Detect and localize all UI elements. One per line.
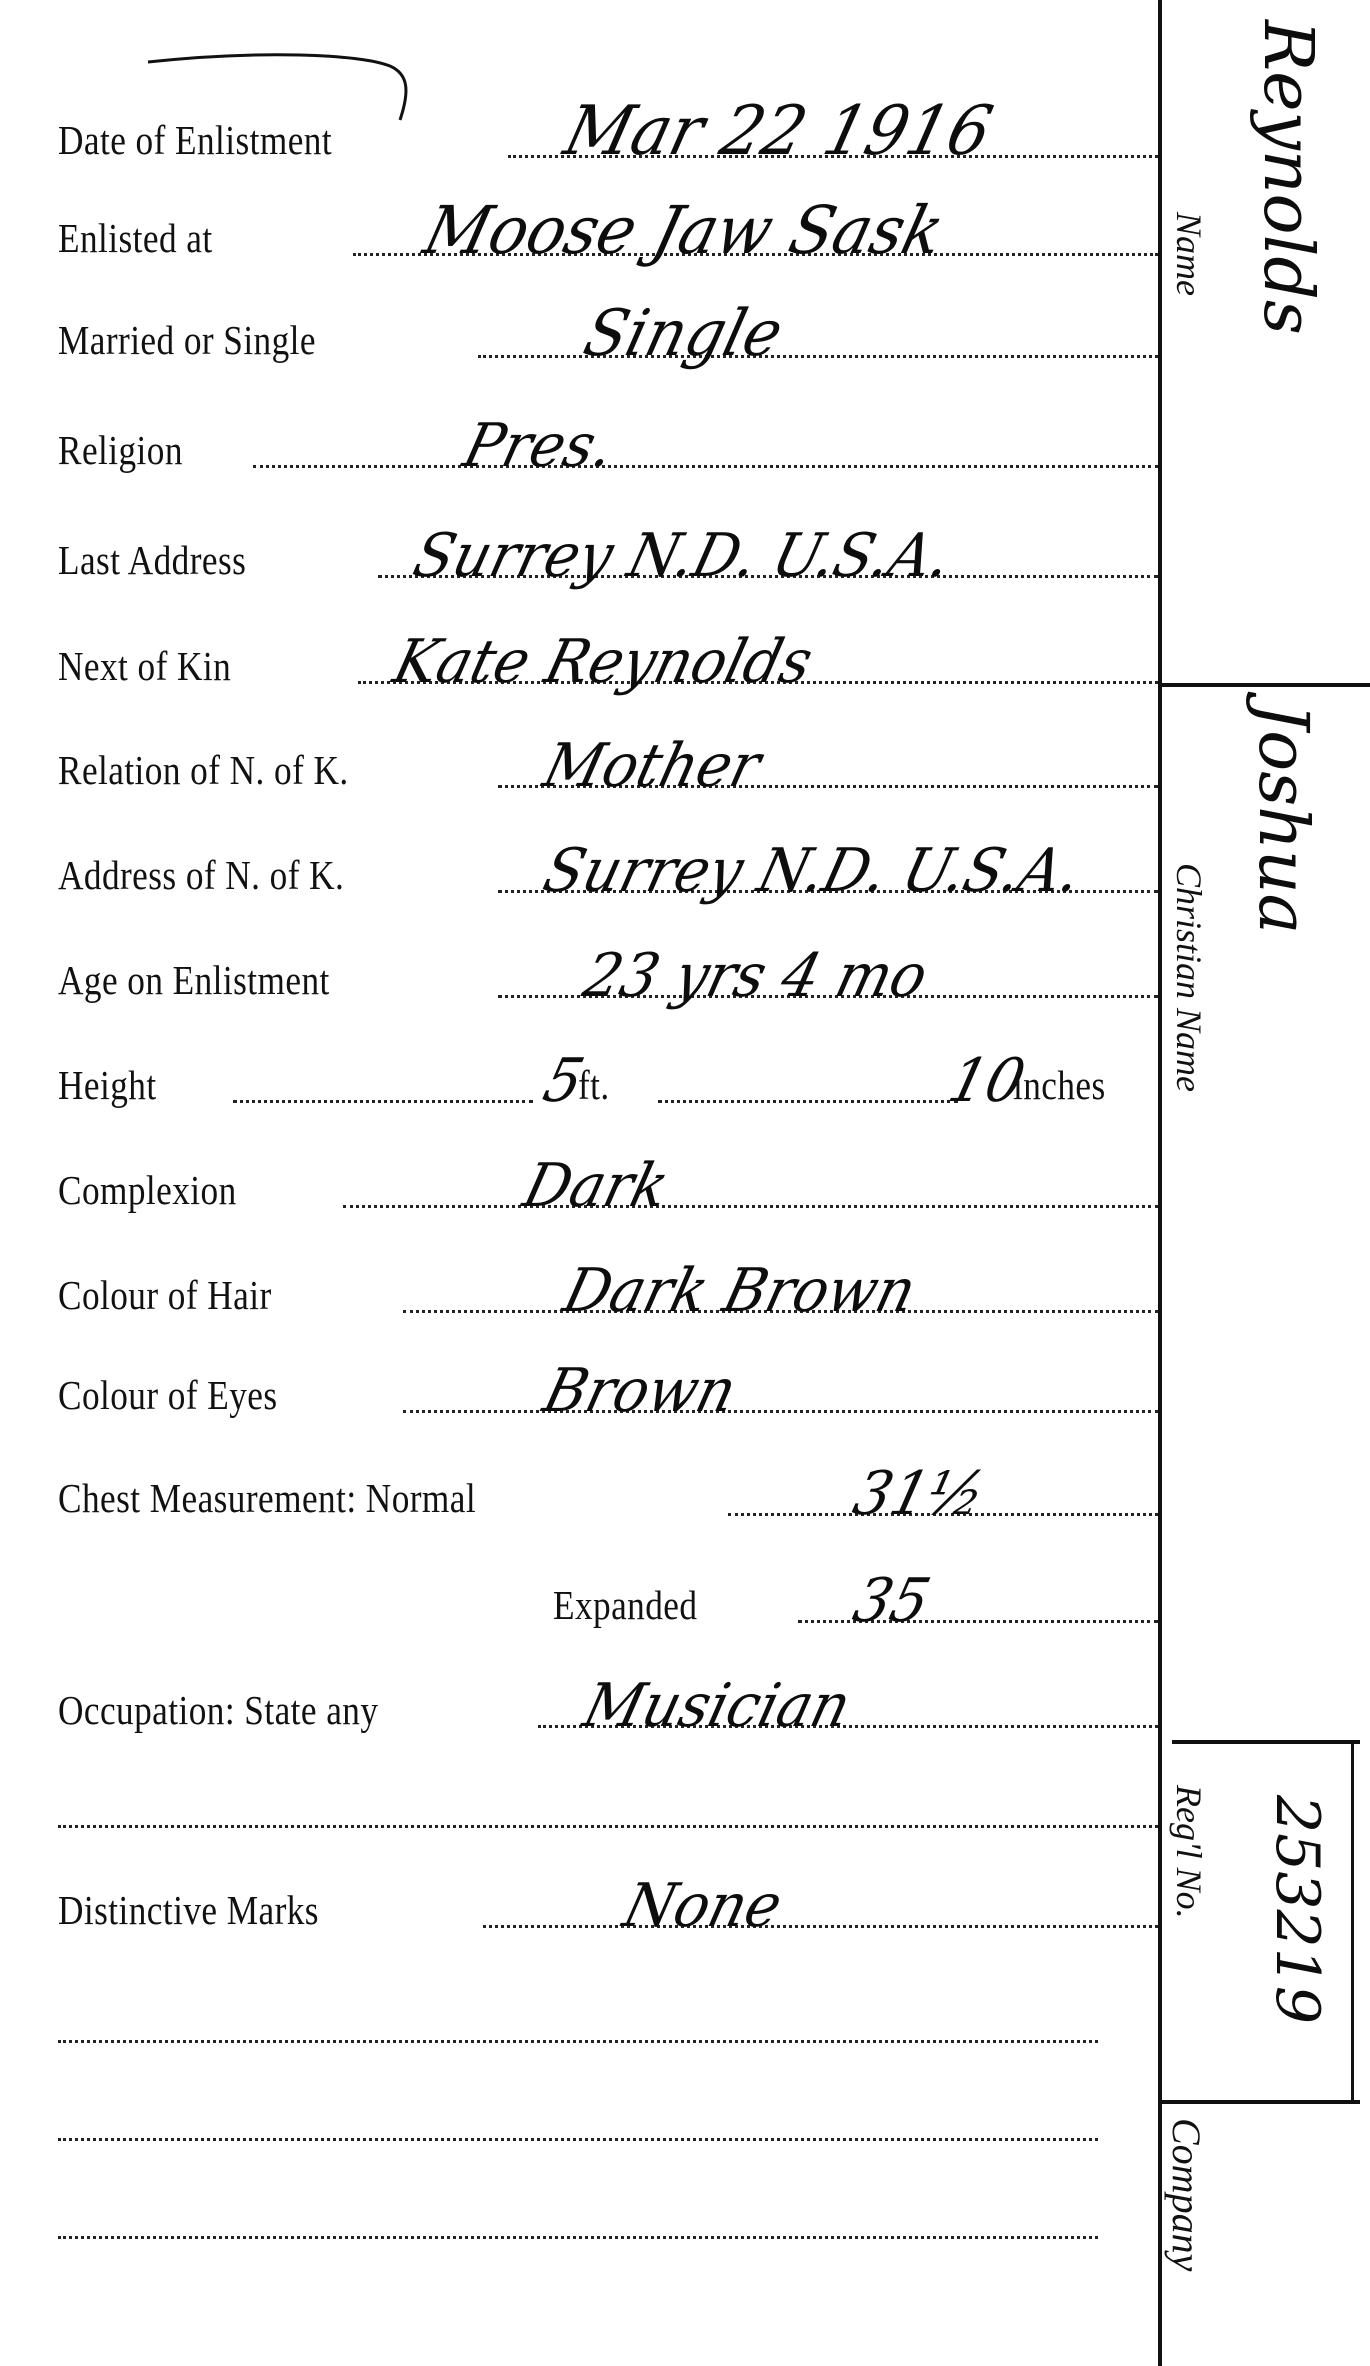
field-enlisted-at: Enlisted at Moose Jaw Sask	[58, 188, 1158, 268]
field-value[interactable]: Moose Jaw Sask	[418, 198, 950, 264]
dotted-line	[343, 1205, 1158, 1208]
side-value-surname[interactable]: Reynolds	[1248, 20, 1327, 335]
field-value[interactable]: None	[618, 1876, 788, 1936]
dotted-line	[58, 2040, 1098, 2043]
field-value[interactable]: Dark	[518, 1156, 674, 1216]
field-label: Date of Enlistment	[58, 116, 332, 164]
field-occupation-extra	[58, 1760, 1158, 1840]
field-age-on-enlistment: Age on Enlistment 23 yrs 4 mo	[58, 930, 1158, 1010]
field-distinctive-marks: Distinctive Marks None	[58, 1860, 1158, 1940]
field-colour-of-eyes: Colour of Eyes Brown	[58, 1345, 1158, 1425]
field-chest-normal: Chest Measurement: Normal 31½	[58, 1448, 1158, 1528]
side-panel-regl-no: Reg'l No. 253219	[1162, 1740, 1370, 2100]
field-label: Age on Enlistment	[58, 956, 330, 1004]
field-label: Chest Measurement: Normal	[58, 1474, 476, 1522]
field-value[interactable]: 31½	[848, 1464, 991, 1524]
dotted-line	[58, 2236, 1098, 2239]
field-next-of-kin: Next of Kin Kate Reynolds	[58, 616, 1158, 696]
field-label: Religion	[58, 426, 183, 474]
field-height: Height 5 ft. 10 inches	[58, 1035, 1158, 1115]
side-value-christian-name[interactable]: Joshua	[1243, 703, 1322, 934]
field-value[interactable]: Dark Brown	[558, 1261, 922, 1321]
side-label-christian-name: Christian Name	[1168, 863, 1210, 1092]
side-value-regl-no[interactable]: 253219	[1262, 1795, 1332, 2024]
field-value[interactable]: Kate Reynolds	[388, 632, 818, 692]
field-value[interactable]: 23 yrs 4 mo	[578, 946, 933, 1006]
field-religion: Religion Pres.	[58, 400, 1158, 480]
side-label-company: Company	[1163, 2118, 1210, 2271]
height-inches-unit: inches	[1013, 1061, 1106, 1109]
field-label: Occupation: State any	[58, 1686, 378, 1734]
dotted-line	[58, 1825, 1158, 1828]
side-label-regl-no: Reg'l No.	[1168, 1785, 1210, 1919]
field-label: Colour of Eyes	[58, 1371, 278, 1419]
field-value[interactable]: Surrey N.D. U.S.A.	[538, 841, 1087, 901]
dotted-line	[58, 2138, 1098, 2141]
field-marks-extra-3	[58, 2171, 1158, 2251]
dotted-line	[253, 465, 1158, 468]
field-value[interactable]: Pres.	[458, 416, 620, 476]
field-label: Enlisted at	[58, 214, 213, 262]
field-colour-of-hair: Colour of Hair Dark Brown	[58, 1245, 1158, 1325]
field-value[interactable]: Single	[578, 302, 789, 366]
field-chest-expanded: Expanded 35	[58, 1555, 1158, 1635]
field-marks-extra-1	[58, 1975, 1158, 2055]
field-married-or-single: Married or Single Single	[58, 290, 1158, 370]
field-value[interactable]: Mar 22 1916	[558, 98, 998, 166]
field-label: Height	[58, 1061, 157, 1109]
dotted-line	[483, 1925, 1158, 1928]
field-label: Distinctive Marks	[58, 1886, 319, 1934]
dotted-line	[233, 1100, 533, 1103]
field-label: Married or Single	[58, 316, 316, 364]
field-label: Complexion	[58, 1166, 237, 1214]
field-label: Next of Kin	[58, 642, 231, 690]
side-label-name: Name	[1168, 212, 1210, 296]
dotted-line	[403, 1410, 1158, 1413]
field-label: Last Address	[58, 536, 246, 584]
field-value[interactable]: Mother	[538, 736, 766, 796]
field-label: Address of N. of K.	[58, 851, 344, 899]
field-value[interactable]: Musician	[578, 1676, 856, 1736]
dotted-line	[658, 1100, 958, 1103]
field-label: Relation of N. of K.	[58, 746, 349, 794]
field-marks-extra-2	[58, 2073, 1158, 2153]
field-label: Colour of Hair	[58, 1271, 272, 1319]
field-value[interactable]: 35	[848, 1571, 936, 1631]
field-last-address: Last Address Surrey N.D. U.S.A.	[58, 510, 1158, 590]
field-value[interactable]: Brown	[538, 1361, 742, 1421]
enlistment-card: Date of Enlistment Mar 22 1916 Enlisted …	[0, 0, 1370, 2366]
height-feet-unit: ft.	[578, 1061, 610, 1109]
side-panel-christian-name: Christian Name Joshua	[1162, 683, 1370, 1740]
field-date-of-enlistment: Date of Enlistment Mar 22 1916	[58, 90, 1158, 170]
field-value[interactable]: Surrey N.D. U.S.A.	[408, 526, 957, 586]
side-panel-company: Company	[1162, 2100, 1370, 2366]
field-relation-of-nok: Relation of N. of K. Mother	[58, 720, 1158, 800]
field-label: Expanded	[553, 1581, 697, 1629]
field-complexion: Complexion Dark	[58, 1140, 1158, 1220]
field-occupation: Occupation: State any Musician	[58, 1660, 1158, 1740]
side-panel-name: Name Reynolds	[1162, 0, 1370, 683]
field-address-of-nok: Address of N. of K. Surrey N.D. U.S.A.	[58, 825, 1158, 905]
